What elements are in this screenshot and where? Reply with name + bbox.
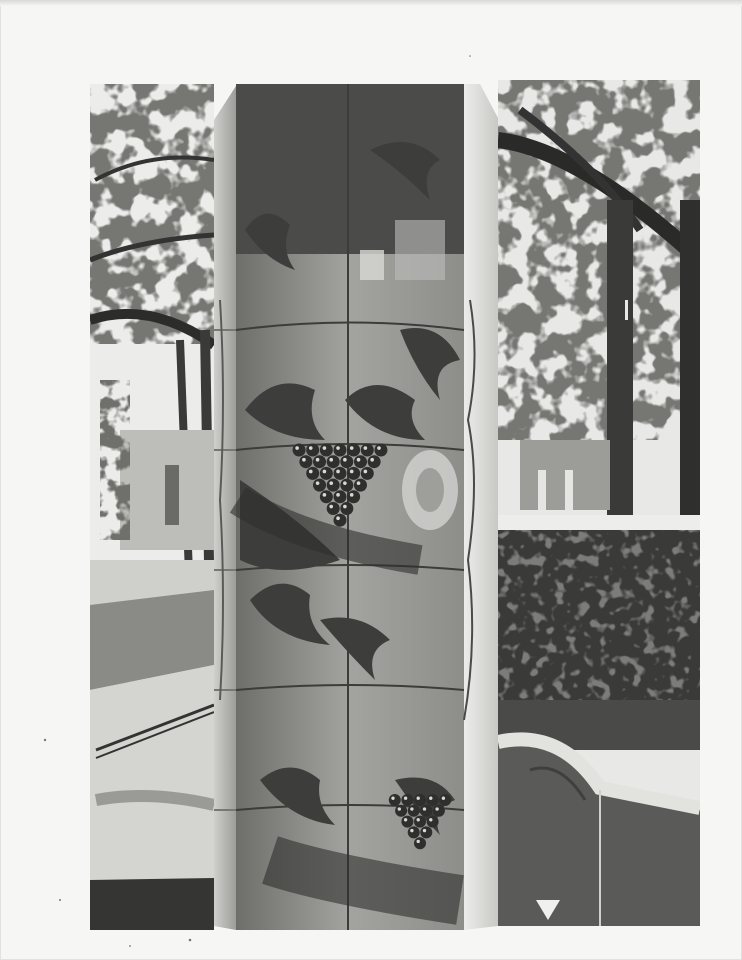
scanned-photo-sheet	[0, 0, 742, 960]
photograph	[0, 0, 742, 960]
